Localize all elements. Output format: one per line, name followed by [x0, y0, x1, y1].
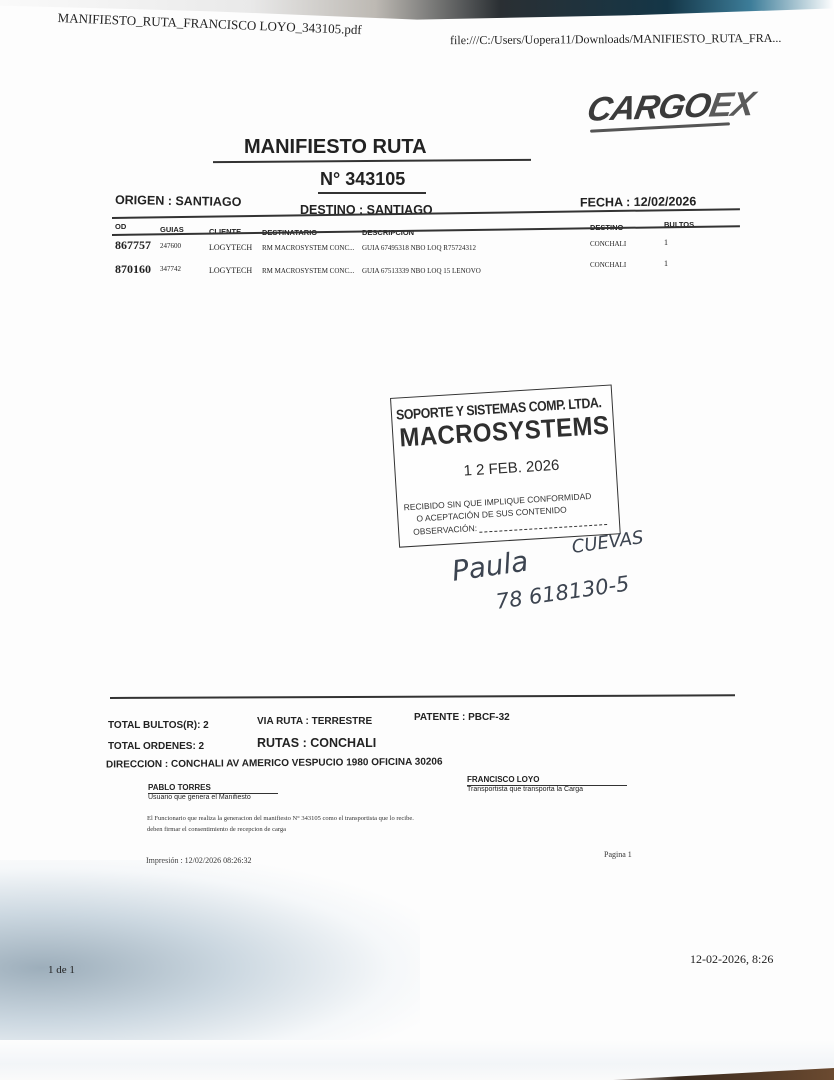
reception-stamp: SOPORTE Y SISTEMAS COMP. LTDA. MACROSYST… [390, 384, 621, 547]
cargoex-logo: CARGOEX [584, 85, 757, 130]
cell-bultos: 1 [664, 238, 668, 247]
fecha-field: FECHA : 12/02/2026 [580, 194, 696, 209]
cell-bultos: 1 [664, 259, 668, 268]
signer2-role: Transportista que transporta la Carga [467, 786, 583, 793]
origen-field: ORIGEN : SANTIAGO [115, 193, 242, 209]
print-page-count: 1 de 1 [48, 964, 75, 976]
via-ruta: VIA RUTA : TERRESTRE [257, 716, 372, 727]
shadow-overlay [0, 860, 420, 1040]
document-photo: MANIFIESTO_RUTA_FRANCISCO LOYO_343105.pd… [0, 0, 834, 1080]
handwritten-first-name: Paula [450, 544, 531, 587]
number-underline [318, 192, 426, 194]
cell-descripcion: GUIA 67495318 NBO LOQ R75724312 [362, 244, 476, 252]
title-underline [213, 159, 531, 163]
cell-od: 867757 [115, 238, 151, 253]
direccion: DIRECCION : CONCHALI AV AMERICO VESPUCIO… [106, 757, 443, 771]
cell-cliente: LOGYTECH [209, 266, 252, 275]
stamp-observacion-line [479, 524, 607, 533]
table-header-rule [112, 225, 740, 235]
cell-od: 870160 [115, 262, 151, 277]
cell-descripcion: GUIA 67513339 NBO LOQ 15 LENOVO [362, 267, 481, 275]
legal-note-line2: deben firmar el consentimiento de recepc… [147, 826, 286, 833]
footer-top-rule [110, 694, 735, 698]
print-header-file-url: file:///C:/Users/Uopera11/Downloads/MANI… [450, 31, 781, 48]
bottom-fade [0, 1040, 834, 1080]
manifest-number: N° 343105 [320, 169, 405, 190]
cell-cliente: LOGYTECH [209, 243, 252, 252]
cell-guias: 247600 [160, 242, 181, 250]
cell-destino: CONCHALI [590, 261, 626, 269]
stamp-date: 1 2 FEB. 2026 [463, 457, 560, 480]
total-ordenes: TOTAL ORDENES: 2 [108, 741, 204, 752]
legal-note-line1: El Funcionario que realiza la generacion… [147, 815, 414, 822]
logo-part-cargo: CARGO [584, 87, 713, 129]
cell-guias: 347742 [160, 265, 181, 273]
signer1-role: Usuario que genera el Manifiesto [148, 794, 251, 801]
signer2-name: FRANCISCO LOYO [467, 775, 539, 784]
rutas: RUTAS : CONCHALI [257, 736, 376, 750]
print-footer-datetime: 12-02-2026, 8:26 [690, 952, 773, 967]
patente: PATENTE : PBCF-32 [414, 712, 510, 723]
impresion-timestamp: Impresión : 12/02/2026 08:26:32 [146, 856, 252, 865]
stamp-observacion-label: OBSERVACIÓN: [413, 523, 477, 537]
total-bultos: TOTAL BULTOS(R): 2 [108, 720, 209, 731]
logo-part-ex: EX [707, 85, 757, 124]
cell-destino: CONCHALI [590, 240, 626, 248]
page-title: MANIFIESTO RUTA [244, 136, 427, 159]
page-label: Pagina 1 [604, 850, 632, 859]
signer1-name: PABLO TORRES [148, 783, 211, 792]
cell-destinatario: RM MACROSYSTEM CONC... [262, 267, 354, 275]
cell-destinatario: RM MACROSYSTEM CONC... [262, 244, 354, 252]
col-od: OD [115, 222, 126, 231]
